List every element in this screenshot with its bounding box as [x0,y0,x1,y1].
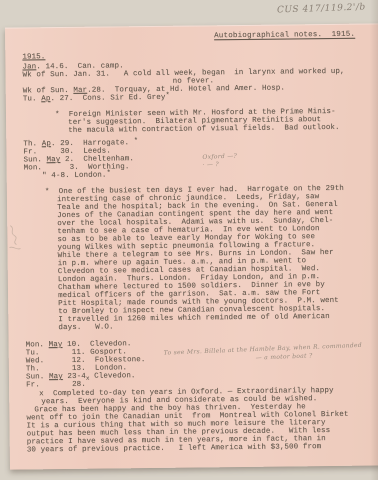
text-segment: * [165,91,169,99]
archival-reference-pencil-note: CUS 417/119.2'/b [277,2,366,15]
text-segment: " 4-8. London. [24,172,107,181]
text-segment: May [46,156,60,164]
text-segment [129,162,203,171]
text-segment: Ap [42,140,51,148]
text-segment: . 27. Cons. Sir Ed. Grey [50,94,165,103]
text-segment: Th. [23,140,41,148]
paper: Autobiographical notes. 1915. 1915.Jan. … [5,23,378,469]
text-segment: Tu. [23,95,41,103]
text-segment: Mar [73,87,87,95]
text-segment: days. W.O. [58,323,113,332]
typed-text-body: 1915.Jan. 14.6. Can. camp.Wk of Sun. Jan… [22,49,378,454]
text-segment: Clevedon. [89,372,135,381]
text-segment: * [106,169,110,177]
text-segment: * [134,137,138,145]
scanned-document-page: CUS 417/119.2'/b Autobiographical notes.… [0,0,378,480]
document-title: Autobiographical notes. 1915. [214,31,355,41]
text-segment: 1915. [22,53,45,61]
text-segment: Jan [22,63,36,71]
text-segment: May [49,341,63,349]
text-segment: Mon. [26,341,49,349]
text-segment: Sun. [23,156,46,164]
text-segment: 23-4 [63,373,86,381]
text-segment: May [49,373,63,381]
pencil-annotation: — a motor boat ? [256,352,313,362]
margin-pencil-scribble [7,223,23,253]
text-segment: x [86,375,90,382]
text-segment [145,355,256,364]
text-segment: Sun. [26,373,49,381]
pencil-annotation: · — ? [203,161,220,170]
text-segment: Fr. 28. [26,381,86,390]
text-segment: Ap [41,95,50,103]
